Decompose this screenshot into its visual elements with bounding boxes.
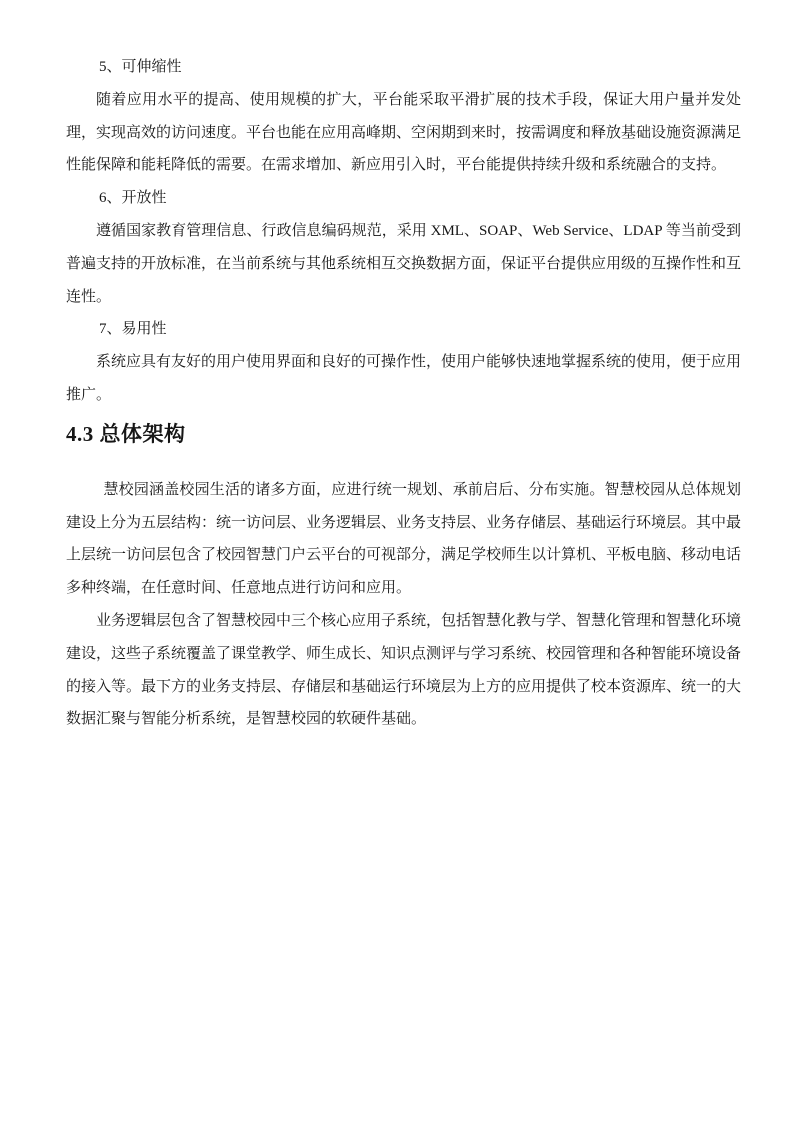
overall-architecture-paragraph-2: 业务逻辑层包含了智慧校园中三个核心应用子系统，包括智慧化教与学、智慧化管理和智慧… xyxy=(66,605,741,736)
overall-architecture-paragraph-1: 慧校园涵盖校园生活的诸多方面，应进行统一规划、承前启后、分布实施。智慧校园从总体… xyxy=(66,474,741,605)
section-4-3-heading: 4.3 总体架构 xyxy=(66,416,741,452)
document-page: 5、可伸缩性 随着应用水平的提高、使用规模的扩大，平台能采取平滑扩展的技术手段，… xyxy=(0,0,793,1122)
openness-paragraph: 遵循国家教育管理信息、行政信息编码规范，采用 XML、SOAP、Web Serv… xyxy=(66,215,741,313)
usability-subheading: 7、易用性 xyxy=(66,313,741,346)
openness-subheading: 6、开放性 xyxy=(66,182,741,215)
usability-paragraph: 系统应具有友好的用户使用界面和良好的可操作性，使用户能够快速地掌握系统的使用，便… xyxy=(66,346,741,412)
scalability-paragraph: 随着应用水平的提高、使用规模的扩大，平台能采取平滑扩展的技术手段，保证大用户量并… xyxy=(66,84,741,182)
scalability-subheading: 5、可伸缩性 xyxy=(66,51,741,84)
